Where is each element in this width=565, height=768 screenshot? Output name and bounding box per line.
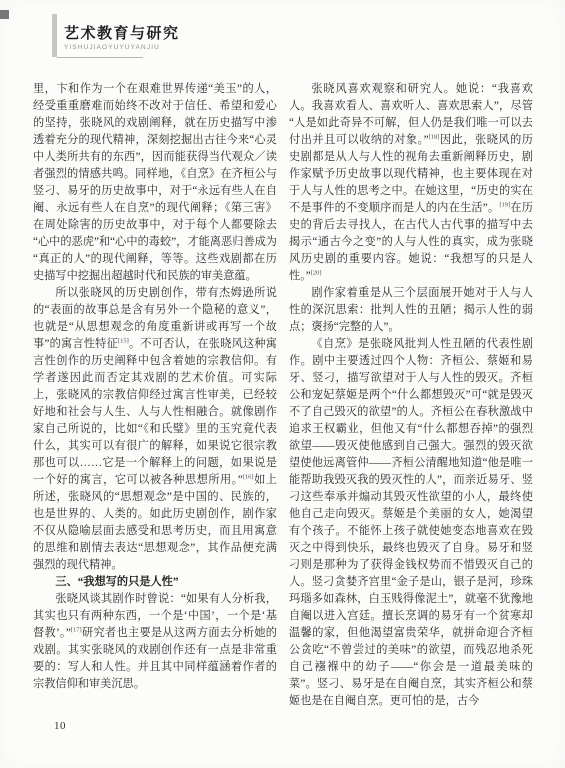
scan-artifact [0, 10, 9, 19]
footnote-reference: [17] [71, 626, 82, 633]
masthead-vertical-bar [52, 14, 57, 57]
masthead-text: 艺术教育与研究 YISHUJIAOYUYUYANJIU [64, 26, 180, 52]
text-columns: 里，卞和作为一个在艰难世界传递“美玉”的人，经受重重磨难而始终不改对于信任、希望… [33, 81, 533, 710]
masthead-rule [57, 57, 143, 58]
footnote-reference: [15] [118, 337, 129, 344]
journal-masthead: 艺术教育与研究 YISHUJIAOYUYUYANJIU [52, 14, 252, 58]
footnote-reference: [20] [311, 269, 322, 276]
page-number: 10 [54, 720, 66, 732]
paragraph: 里，卞和作为一个在艰难世界传递“美玉”的人，经受重重磨难而始终不改对于信任、希望… [33, 81, 277, 285]
journal-title-pinyin: YISHUJIAOYUYUYANJIU [64, 43, 180, 52]
paragraph: 所以张晓风的历史剧创作，带有杰姆逊所说的“表面的故事总是含有另外一个隐秘的意义”… [33, 285, 277, 574]
journal-title: 艺术教育与研究 [64, 26, 180, 42]
paragraph: 张晓风喜欢观察和研究人。她说：“我喜欢人。我喜欢看人、喜欢听人、喜欢思索人”，尽… [289, 81, 533, 285]
column-right: 张晓风喜欢观察和研究人。她说：“我喜欢人。我喜欢看人、喜欢听人、喜欢思索人”，尽… [289, 81, 533, 710]
paragraph: 张晓风谈其剧作时曾说：“如果有人分析我，其实也只有两种东西，一个是‘中国’，一个… [33, 591, 277, 693]
journal-page: 艺术教育与研究 YISHUJIAOYUYUYANJIU 里，卞和作为一个在艰难世… [0, 0, 565, 768]
footnote-reference: [19] [499, 201, 510, 208]
section-heading: 三、“我想写的只是人性” [33, 574, 277, 591]
footnote-reference: [16] [243, 473, 254, 480]
column-left: 里，卞和作为一个在艰难世界传递“美玉”的人，经受重重磨难而始终不改对于信任、希望… [33, 81, 277, 710]
paragraph: 《自烹》是张晓风批判人性丑陋的代表性剧作。剧中主要透过四个人物：齐桓公、蔡姬和易… [289, 336, 533, 710]
footnote-reference: [18] [429, 133, 440, 140]
paragraph: 剧作家着重是从三个层面展开她对于人与人性的深沉思索：批判人性的丑陋；揭示人性的弱… [289, 285, 533, 336]
